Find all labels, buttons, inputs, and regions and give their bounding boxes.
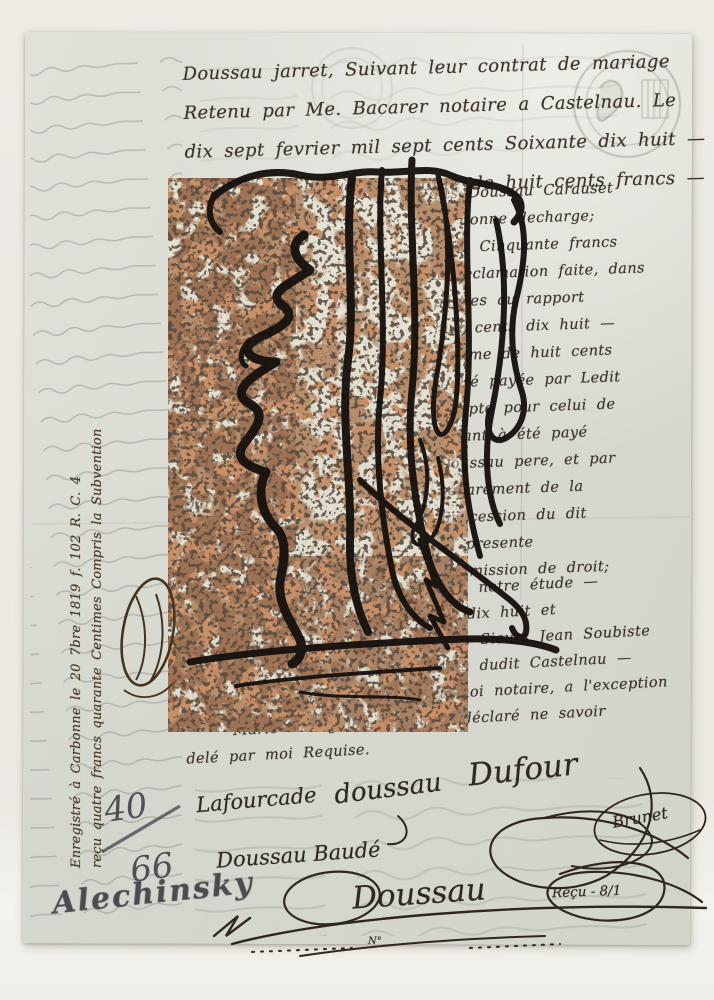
- manuscript-closing-paragraph: fait & lu aux parties à notre étude — di…: [178, 565, 672, 772]
- photographed-artwork: Doussau jarret, Suivant leur contrat de …: [0, 0, 714, 1000]
- margin-line: reçu quatre francs quarante Centimes Com…: [87, 323, 108, 868]
- margin-line: Enregistré à Carbonne le 20 7bre 1819 f.…: [66, 323, 87, 868]
- notary-paraph-mark: N°: [368, 936, 382, 947]
- registration-margin-note: Enregistré à Carbonne le 20 7bre 1819 f.…: [66, 323, 108, 868]
- manuscript-right-column: dits Doussau Carauset lui donne decharge…: [429, 174, 656, 586]
- receipt-note: Reçu - 8/1: [552, 883, 622, 901]
